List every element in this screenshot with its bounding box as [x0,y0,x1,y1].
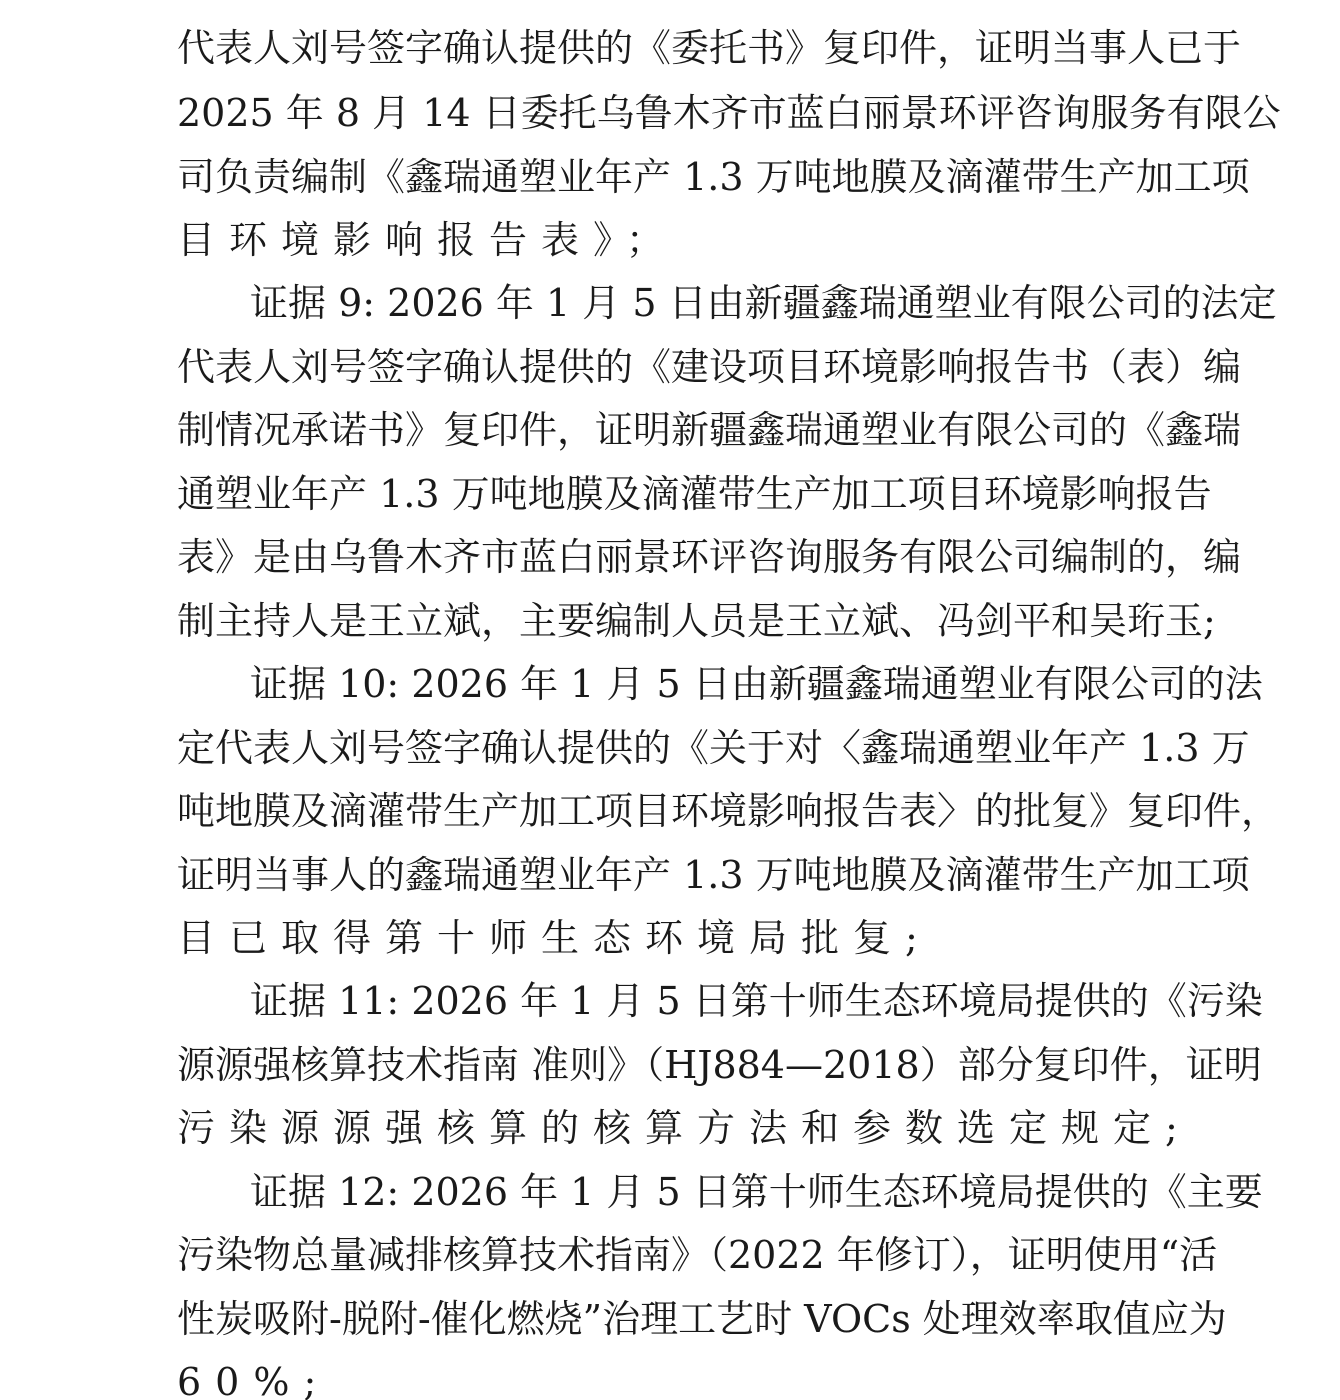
text-line: 定代表人刘号签字确认提供的《关于对〈鑫瑞通塑业年产 1.3 万 [177,722,1167,774]
text-line: 表》是由乌鲁木齐市蓝白丽景环评咨询服务有限公司编制的，编 [177,531,1167,583]
evidence-10-heading-line: 证据 10: 2026 年 1 月 5 日由新疆鑫瑞通塑业有限公司的法 [250,658,1167,710]
text-line: 司负责编制《鑫瑞通塑业年产 1.3 万吨地膜及滴灌带生产加工项 [177,151,1167,203]
text-line: 60%; [177,1356,1167,1400]
evidence-11-heading-line: 证据 11: 2026 年 1 月 5 日第十师生态环境局提供的《污染 [250,975,1167,1027]
evidence-12-heading-line: 证据 12: 2026 年 1 月 5 日第十师生态环境局提供的《主要 [250,1166,1167,1218]
text-line: 目已取得第十师生态环境局批复; [177,912,1167,964]
text-line: 制主持人是王立斌，主要编制人员是王立斌、冯剑平和吴珩玉; [177,595,1167,647]
text-line: 吨地膜及滴灌带生产加工项目环境影响报告表〉的批复》复印件， [177,785,1167,837]
text-line: 制情况承诺书》复印件，证明新疆鑫瑞通塑业有限公司的《鑫瑞 [177,404,1167,456]
text-line: 证明当事人的鑫瑞通塑业年产 1.3 万吨地膜及滴灌带生产加工项 [177,849,1167,901]
evidence-9-heading-line: 证据 9: 2026 年 1 月 5 日由新疆鑫瑞通塑业有限公司的法定 [250,277,1167,329]
text-line: 通塑业年产 1.3 万吨地膜及滴灌带生产加工项目环境影响报告 [177,468,1167,520]
text-line: 代表人刘号签字确认提供的《委托书》复印件，证明当事人已于 [177,22,1167,74]
text-line: 污染源源强核算的核算方法和参数选定规定; [177,1102,1167,1154]
text-line: 2025 年 8 月 14 日委托乌鲁木齐市蓝白丽景环评咨询服务有限公 [177,87,1167,139]
text-line: 污染物总量减排核算技术指南》（2022 年修订），证明使用“活 [177,1229,1167,1281]
text-line: 代表人刘号签字确认提供的《建设项目环境影响报告书（表）编 [177,341,1167,393]
document-page: 代表人刘号签字确认提供的《委托书》复印件，证明当事人已于 2025 年 8 月 … [0,0,1340,1400]
text-line: 性炭吸附-脱附-催化燃烧”治理工艺时 VOCs 处理效率取值应为 [177,1293,1167,1345]
text-line: 源源强核算技术指南 准则》（HJ884—2018）部分复印件，证明 [177,1039,1167,1091]
text-line: 目环境影响报告表》； [177,214,1167,266]
